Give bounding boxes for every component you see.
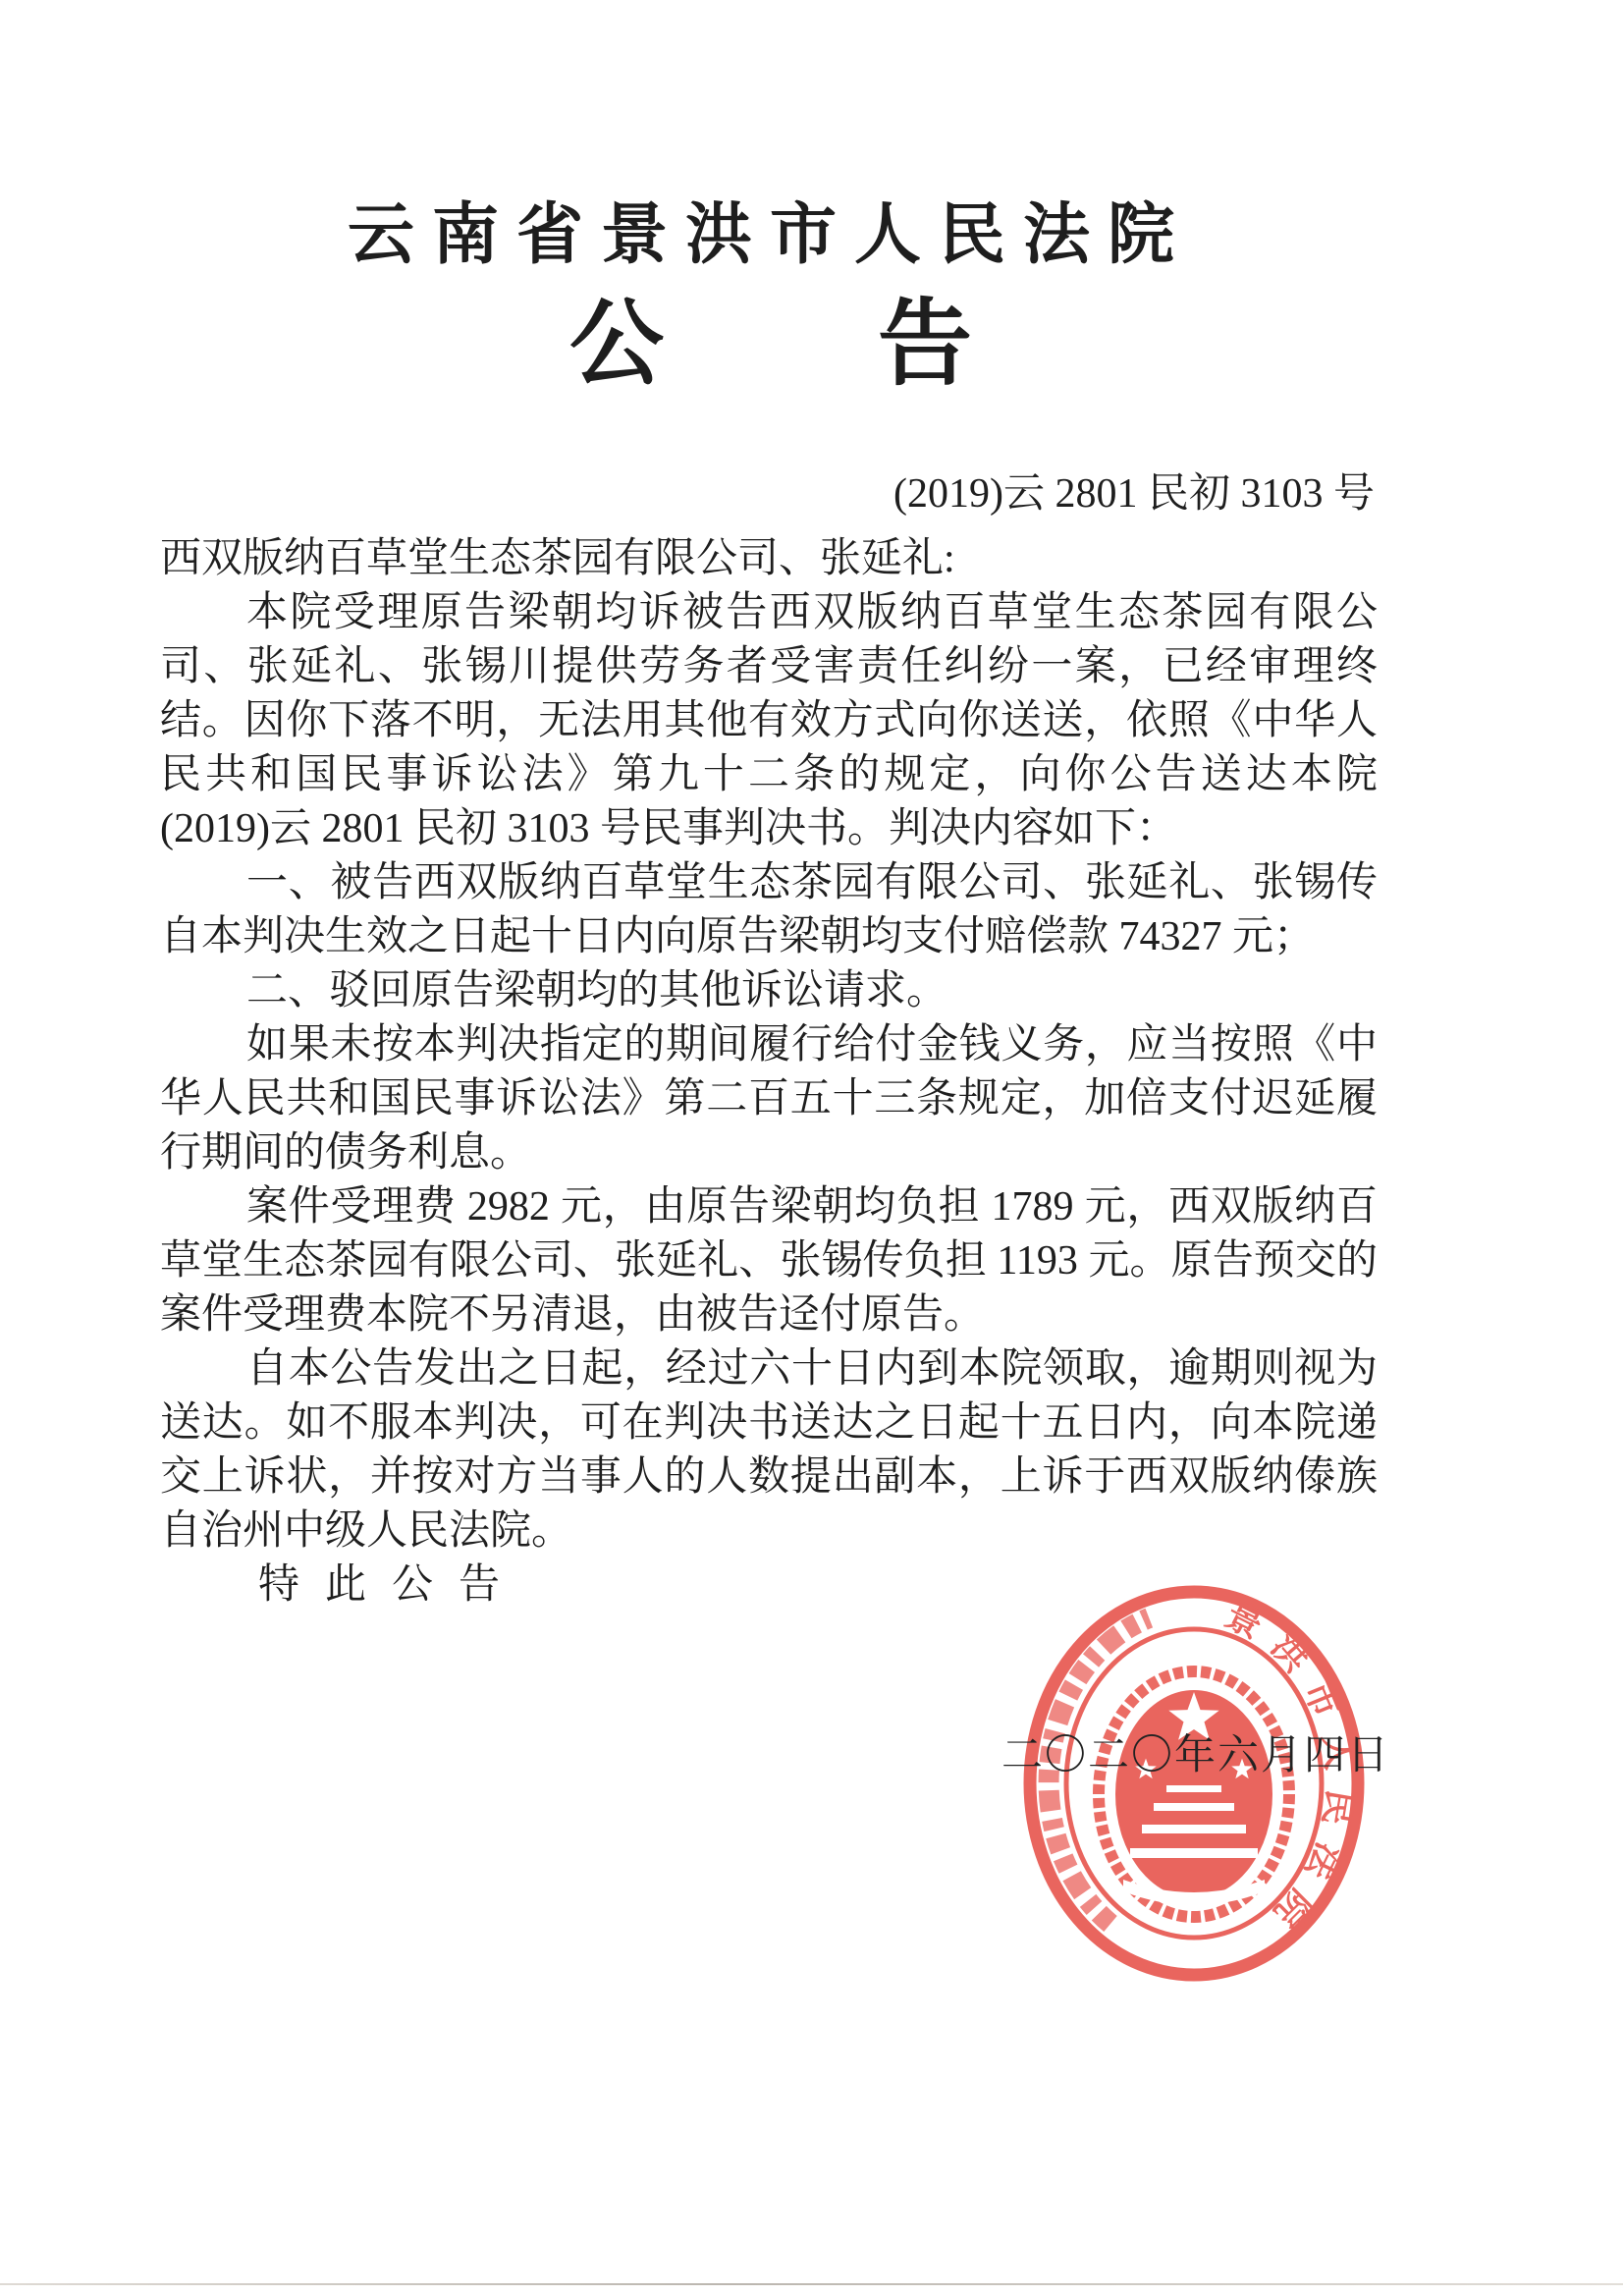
body-paragraph: 一、被告西双版纳百草堂生态茶园有限公司、张延礼、张锡传自本判决生效之日起十日内向… <box>160 856 1378 964</box>
body-paragraph: 案件受理费 2982 元，由原告梁朝均负担 1789 元，西双版纳百草堂生态茶园… <box>160 1180 1378 1342</box>
body-paragraph: 自本公告发出之日起，经过六十日内到本院领取，逾期则视为送达。如不服本判决，可在判… <box>160 1342 1378 1558</box>
notice-title-char-1: 公 <box>569 291 664 399</box>
body-paragraph: 二、驳回原告梁朝均的其他诉讼请求。 <box>160 964 1378 1018</box>
case-number: (2019)云 2801 民初 3103 号 <box>0 469 1375 519</box>
court-name-heading: 云南省景洪市人民法院 <box>0 196 1540 273</box>
body-paragraph: 本院受理原告梁朝均诉被告西双版纳百草堂生态茶园有限公司、张延礼、张锡川提供劳务者… <box>160 586 1378 856</box>
court-seal: 景洪市人民法院 <box>1021 1583 1367 1984</box>
issue-date: 二〇二〇年六月四日 <box>1001 1722 1390 1781</box>
notice-title: 公 告 <box>0 291 1542 399</box>
recipient-line: 西双版纳百草堂生态茶园有限公司、张延礼: <box>160 532 1378 586</box>
court-seal-graphic: 景洪市人民法院 <box>1021 1583 1367 1984</box>
announcement-body: 西双版纳百草堂生态茶园有限公司、张延礼: 本院受理原告梁朝均诉被告西双版纳百草堂… <box>160 532 1378 1613</box>
scan-artifact-line <box>0 2283 1623 2285</box>
notice-title-char-2: 告 <box>878 291 972 399</box>
body-paragraph: 如果未按本判决指定的期间履行给付金钱义务，应当按照《中华人民共和国民事诉讼法》第… <box>160 1018 1378 1180</box>
announcement-page: 云南省景洪市人民法院 公 告 (2019)云 2801 民初 3103 号 西双… <box>0 0 1623 2296</box>
